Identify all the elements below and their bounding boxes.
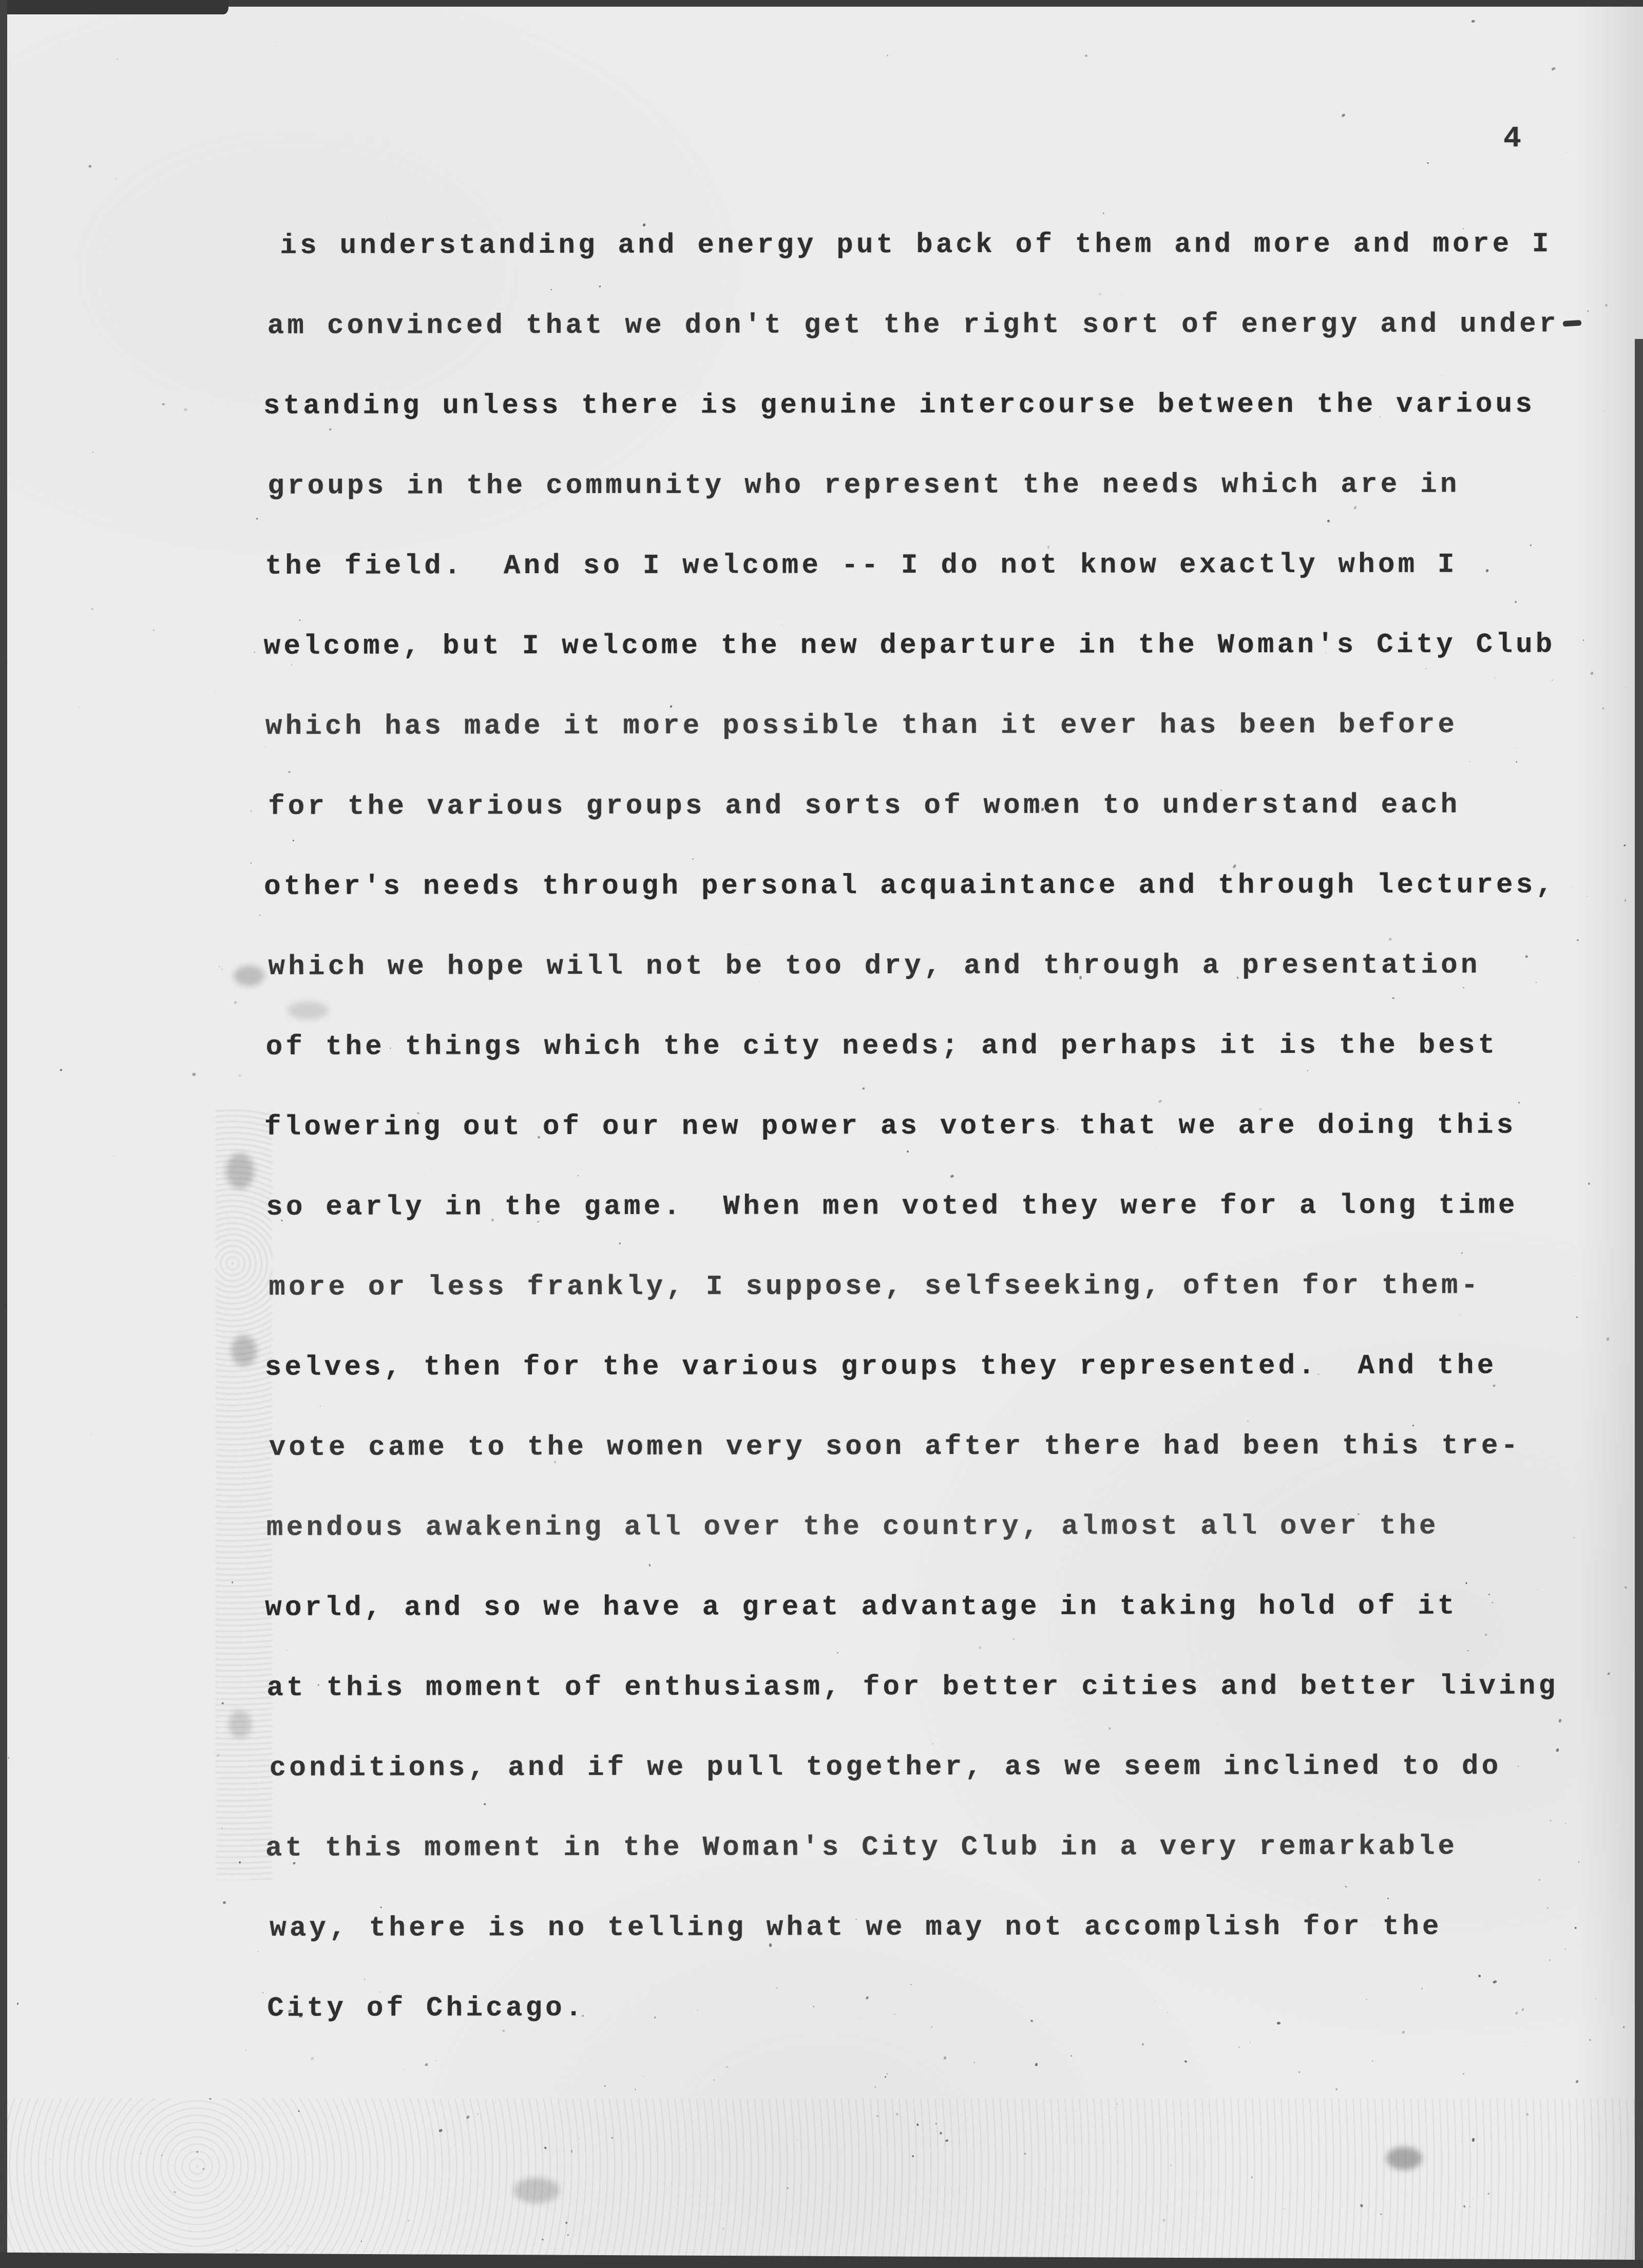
typescript-line: City of Chicago.: [267, 1967, 1581, 2049]
typescript-line: world, and so we have a great advantage …: [265, 1566, 1581, 1649]
scan-edge-left: [0, 0, 7, 2268]
typescript-line: of the things which the city needs; and …: [266, 1006, 1580, 1088]
typescript-line: at this moment in the Woman's City Club …: [265, 1807, 1581, 1889]
typescript-line: flowering out of our new power as voters…: [264, 1086, 1580, 1168]
smudge: [288, 1001, 329, 1019]
typescript-line: vote came to the women very soon after t…: [269, 1406, 1581, 1488]
typescript-line: which we hope will not be too dry, and t…: [268, 925, 1580, 1008]
stray-ink-dash: [1563, 320, 1582, 327]
typescript-line: welcome, but I welcome the new departure…: [264, 605, 1580, 687]
typescript-line: groups in the community who represent th…: [268, 445, 1579, 527]
typescript-line: am convinced that we don't get the right…: [268, 285, 1579, 367]
typescript-body: is understanding and energy put back of …: [264, 204, 1581, 2049]
typescript-line: is understanding and energy put back of …: [264, 204, 1579, 287]
scan-edge-top: [0, 0, 1643, 7]
scan-edge-top-left: [0, 0, 228, 14]
smudge: [231, 1335, 257, 1366]
typescript-line: mendous awakening all over the country, …: [266, 1486, 1581, 1568]
typescript-line: other's needs through personal acquainta…: [264, 845, 1580, 928]
typescript-line: so early in the game. When men voted the…: [266, 1166, 1580, 1248]
typescript-line: the field. And so I welcome -- I do not …: [265, 525, 1579, 607]
typescript-line: at this moment of enthusiasm, for better…: [266, 1647, 1581, 1729]
typescript-line: standing unless there is genuine interco…: [263, 365, 1579, 447]
typescript-line: conditions, and if we pull together, as …: [270, 1727, 1581, 1809]
smudge: [513, 2178, 560, 2203]
typescript-line: which has made it more possible than it …: [265, 685, 1580, 767]
smudge: [234, 966, 264, 986]
smudge: [1386, 2147, 1422, 2170]
left-margin-grain: [216, 1109, 272, 1880]
typescript-line: selves, then for the various groups they…: [265, 1326, 1581, 1408]
typescript-page: 4 is understanding and energy put back o…: [0, 0, 1643, 2268]
page-number: 4: [1503, 122, 1521, 156]
typescript-line: more or less frankly, I suppose, selfsee…: [269, 1246, 1580, 1328]
bottom-grain: [0, 2099, 1643, 2268]
scan-edge-right-fade: [1576, 0, 1643, 2268]
smudge: [228, 1710, 252, 1738]
typescript-line: for the various groups and sorts of wome…: [268, 765, 1580, 847]
smudge: [226, 1153, 254, 1189]
typescript-line: way, there is no telling what we may not…: [270, 1887, 1581, 1969]
